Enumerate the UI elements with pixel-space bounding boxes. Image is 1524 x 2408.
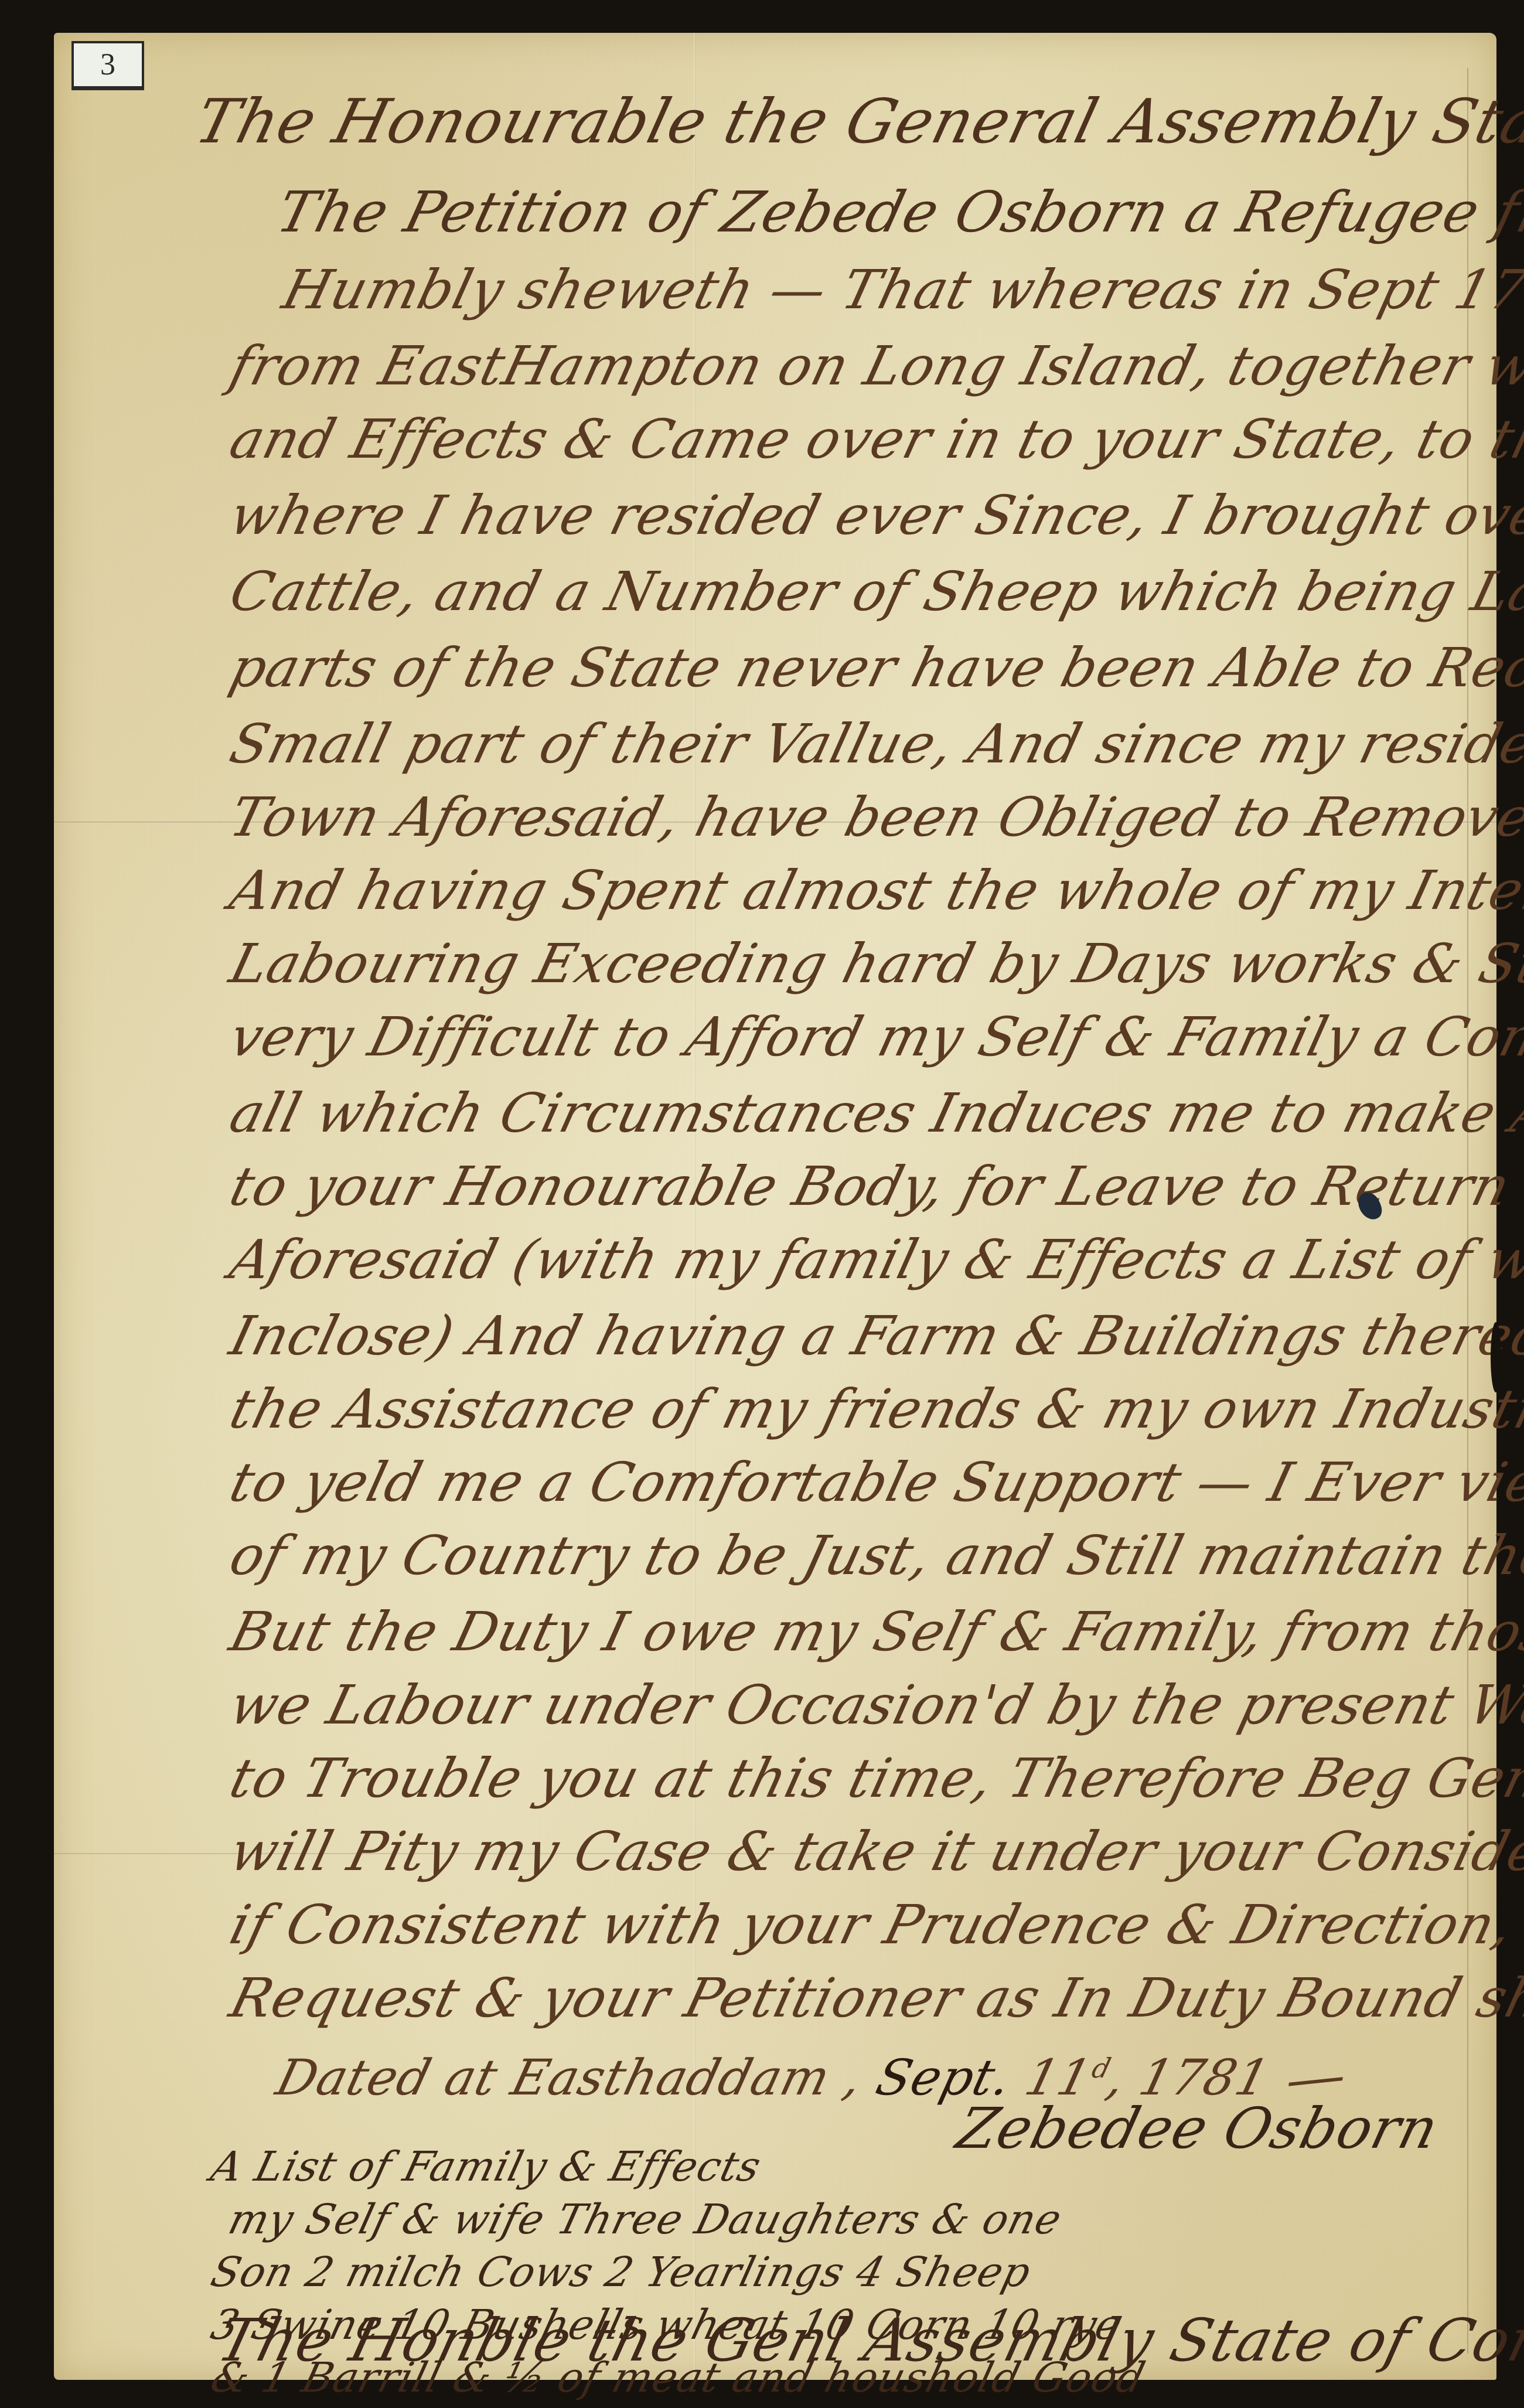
body-line: will Pity my Case & take it under your C… [224,1820,1524,1883]
body-line: from EastHampton on Long Island, togethe… [224,335,1524,397]
body-line: to yeld me a Comfortable Support — I Eve… [224,1451,1524,1514]
body-line: parts of the State never have been Able … [224,636,1524,699]
body-line: of my Country to be Just, and Still main… [224,1524,1524,1587]
body-line: Labouring Exceeding hard by Days works &… [224,932,1524,995]
torn-edge [1491,1322,1501,1392]
body-line: And having Spent almost the whole of my … [224,859,1524,922]
body-line: to Trouble you at this time, Therefore B… [224,1747,1524,1810]
body-line: Inclose) And having a Farm & Buildings t… [224,1305,1524,1367]
body-line: But the Duty I owe my Self & Family, fro… [224,1600,1524,1663]
body-line: all which Circumstances Induces me to ma… [224,1082,1524,1145]
list-title: A List of Family & Effects [206,2143,766,2191]
body-line: to your Honourable Body, for Leave to Re… [224,1155,1524,1218]
body-line: very Difficult to Afford my Self & Famil… [224,1006,1524,1068]
address-heading: The Honourable the General Assembly Stat… [189,86,1524,157]
body-line: we Labour under Occasion'd by the presen… [224,1674,1524,1736]
body-line: and Effects & Came over in to your State… [224,408,1524,471]
page-number-label: 3 [71,41,144,90]
document-page: 3 The Honourable the General Assembly St… [54,33,1496,2380]
body-line: Aforesaid (with my family & Effects a Li… [224,1228,1524,1291]
body-line: Cattle, and a Number of Sheep which bein… [224,560,1524,623]
body-line: Town Aforesaid, have been Obliged to Rem… [224,786,1524,849]
list-item: my Self & wife Three Daughters & one [224,2195,1067,2243]
body-line: Humbly sheweth — That whereas in Sept 17… [277,258,1524,321]
date-place: Dated at Easthaddam [271,2049,836,2106]
endorsement: The Honble the Genl Assembly State of Co… [211,2306,1524,2375]
flourish-dash [1288,2077,1343,2086]
body-line: if Consistent with your Prudence & Direc… [224,1893,1524,1956]
body-line: where I have resided ever Since, I broug… [224,484,1524,547]
list-item: Son 2 milch Cows 2 Yearlings 4 Sheep [206,2248,1036,2296]
body-line: Request & your Petitioner as In Duty Bou… [224,1967,1524,2029]
petition-heading: The Petition of Zebede Osborn a Refugee … [271,179,1524,245]
body-line: Small part of their Vallue, And since my… [224,713,1524,775]
signature: Zebedee Osborn [950,2096,1445,2161]
body-line: the Assistance of my friends & my own In… [224,1378,1524,1440]
